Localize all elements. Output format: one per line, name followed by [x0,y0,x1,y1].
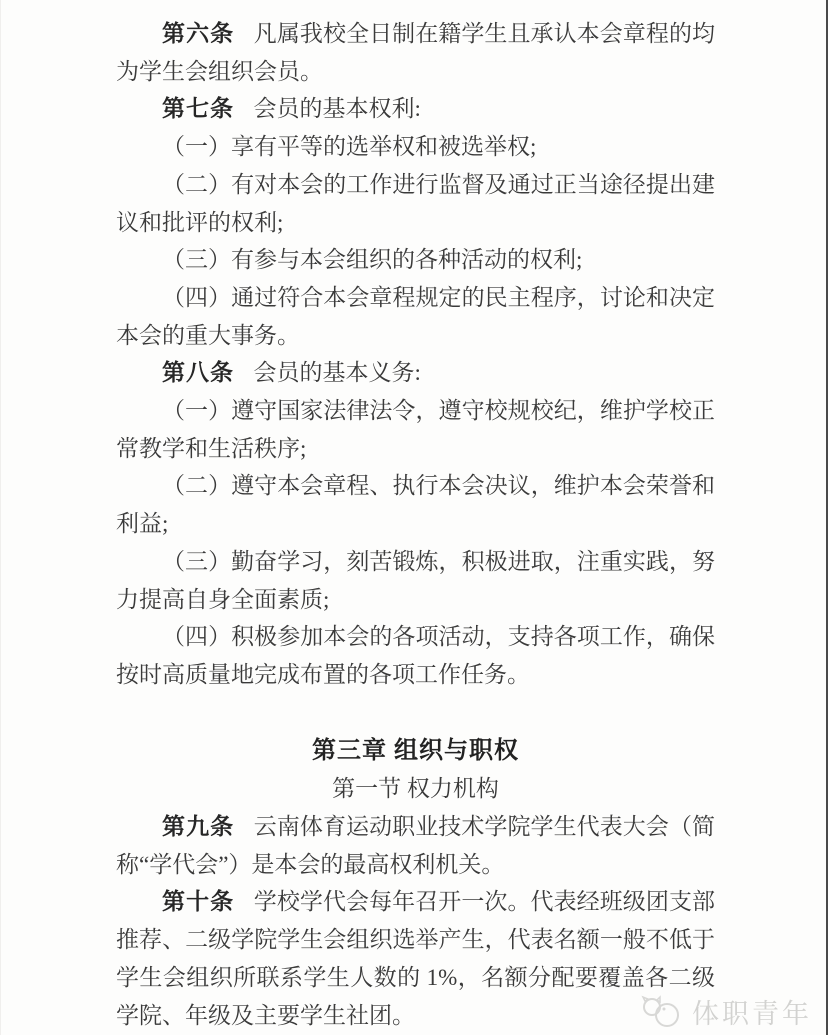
list-item-paragraph: （二）有对本会的工作进行监督及通过正当途径提出建议和批评的权利; [116,166,715,241]
list-item-paragraph: （一）遵守国家法律法令，遵守校规校纪，维护学校正常教学和生活秩序; [116,392,715,467]
document-page: 第六条凡属我校全日制在籍学生且承认本会章程的均为学生会组织会员。 第七条会员的基… [0,0,828,1035]
section-heading: 第一节 权力机构 [116,770,715,808]
article-text: （三）有参与本会组织的各种活动的权利; [162,247,582,272]
article-term: 第七条 [162,96,234,121]
chapter-heading: 第三章 组织与职权 [116,733,715,771]
watermark-label: 体职青年 [692,992,812,1031]
article-text: （一）享有平等的选举权和被选举权; [162,134,536,159]
article-text: 会员的基本义务: [254,360,421,385]
article-paragraph: 第八条会员的基本义务: [116,354,715,392]
list-item-paragraph: （一）享有平等的选举权和被选举权; [116,128,715,166]
article-term: 第九条 [162,814,234,839]
article-term: 第六条 [162,21,234,46]
document-content: 第六条凡属我校全日制在籍学生且承认本会章程的均为学生会组织会员。 第七条会员的基… [1,0,826,1034]
article-text: （二）遵守本会章程、执行本会决议，维护本会荣誉和利益; [116,473,715,536]
article-text: （四）积极参加本会的各项活动，支持各项工作，确保按时高质量地完成布置的各项工作任… [116,624,715,687]
list-item-paragraph: （二）遵守本会章程、执行本会决议，维护本会荣誉和利益; [116,467,715,542]
list-item-paragraph: （四）通过符合本会章程规定的民主程序，讨论和决定本会的重大事务。 [116,279,715,354]
article-paragraph: 第七条会员的基本权利: [116,90,715,128]
article-text: 会员的基本权利: [254,96,421,121]
article-paragraph: 第十条学校学代会每年召开一次。代表经班级团支部推荐、二级学院学生会组织选举产生，… [116,883,715,1034]
mascot-logo-icon [640,995,684,1029]
article-paragraph: 第六条凡属我校全日制在籍学生且承认本会章程的均为学生会组织会员。 [116,15,715,90]
article-term: 第八条 [162,360,234,385]
watermark: 体职青年 [640,992,812,1031]
list-item-paragraph: （四）积极参加本会的各项活动，支持各项工作，确保按时高质量地完成布置的各项工作任… [116,618,715,693]
article-paragraph: 第九条云南体育运动职业技术学院学生代表大会（简称“学代会”）是本会的最高权利机关… [116,808,715,883]
list-item-paragraph: （三）勤奋学习，刻苦锻炼，积极进取，注重实践，努力提高自身全面素质; [116,543,715,618]
article-text: （二）有对本会的工作进行监督及通过正当途径提出建议和批评的权利; [116,172,715,235]
article-text: （一）遵守国家法律法令，遵守校规校纪，维护学校正常教学和生活秩序; [116,398,715,461]
article-term: 第十条 [162,889,234,914]
article-text: （四）通过符合本会章程规定的民主程序，讨论和决定本会的重大事务。 [116,285,715,348]
list-item-paragraph: （三）有参与本会组织的各种活动的权利; [116,241,715,279]
article-text: （三）勤奋学习，刻苦锻炼，积极进取，注重实践，努力提高自身全面素质; [116,549,715,612]
